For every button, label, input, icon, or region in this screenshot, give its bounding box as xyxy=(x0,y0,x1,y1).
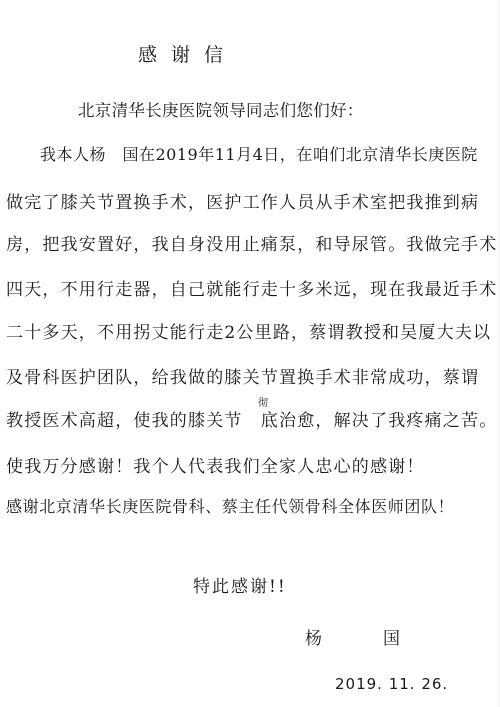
letter-title: 感谢信 xyxy=(138,40,237,67)
letter-signature: 杨 国 xyxy=(305,624,422,649)
letter-closing: 特此感谢!! xyxy=(193,572,287,597)
body-line-1: 我本人杨 国在2019年11月4日，在咱们北京清华长庚医院 xyxy=(40,142,500,165)
body-line-4: 四天，不用行走器，自己就能行走十多米远，现在我最近手术后 xyxy=(6,275,496,300)
body-line-3: 房，把我安置好，我自身没用止痛泵，和导尿管。我做完手术第 xyxy=(6,230,496,255)
letter-date: 2019. 11. 26. xyxy=(335,675,448,693)
body-line-7: 教授医术高超，使我的膝关节 底治愈，解决了我疼痛之苦。 xyxy=(6,406,496,431)
body-line-6: 及骨科医护团队，给我做的膝关节置换手术非常成功，蔡谓 xyxy=(6,363,496,388)
body-line-8: 使我万分感谢！我个人代表我们全家人忠心的感谢！ xyxy=(6,452,496,477)
body-line-5: 二十多天，不用拐丈能行走2公里路，蔡谓教授和吴厦大夫以 xyxy=(6,318,496,343)
letter-salutation: 北京清华长庚医院领导同志们您们好： xyxy=(78,97,364,121)
thank-you-letter: 感谢信 北京清华长庚医院领导同志们您们好： 我本人杨 国在2019年11月4日，… xyxy=(0,0,500,707)
body-line-9: 感谢北京清华长庚医院骨科、蔡主任代领骨科全体医师团队！ xyxy=(6,494,496,517)
body-line-2: 做完了膝关节置换手术，医护工作人员从手术室把我推到病 xyxy=(6,188,496,213)
